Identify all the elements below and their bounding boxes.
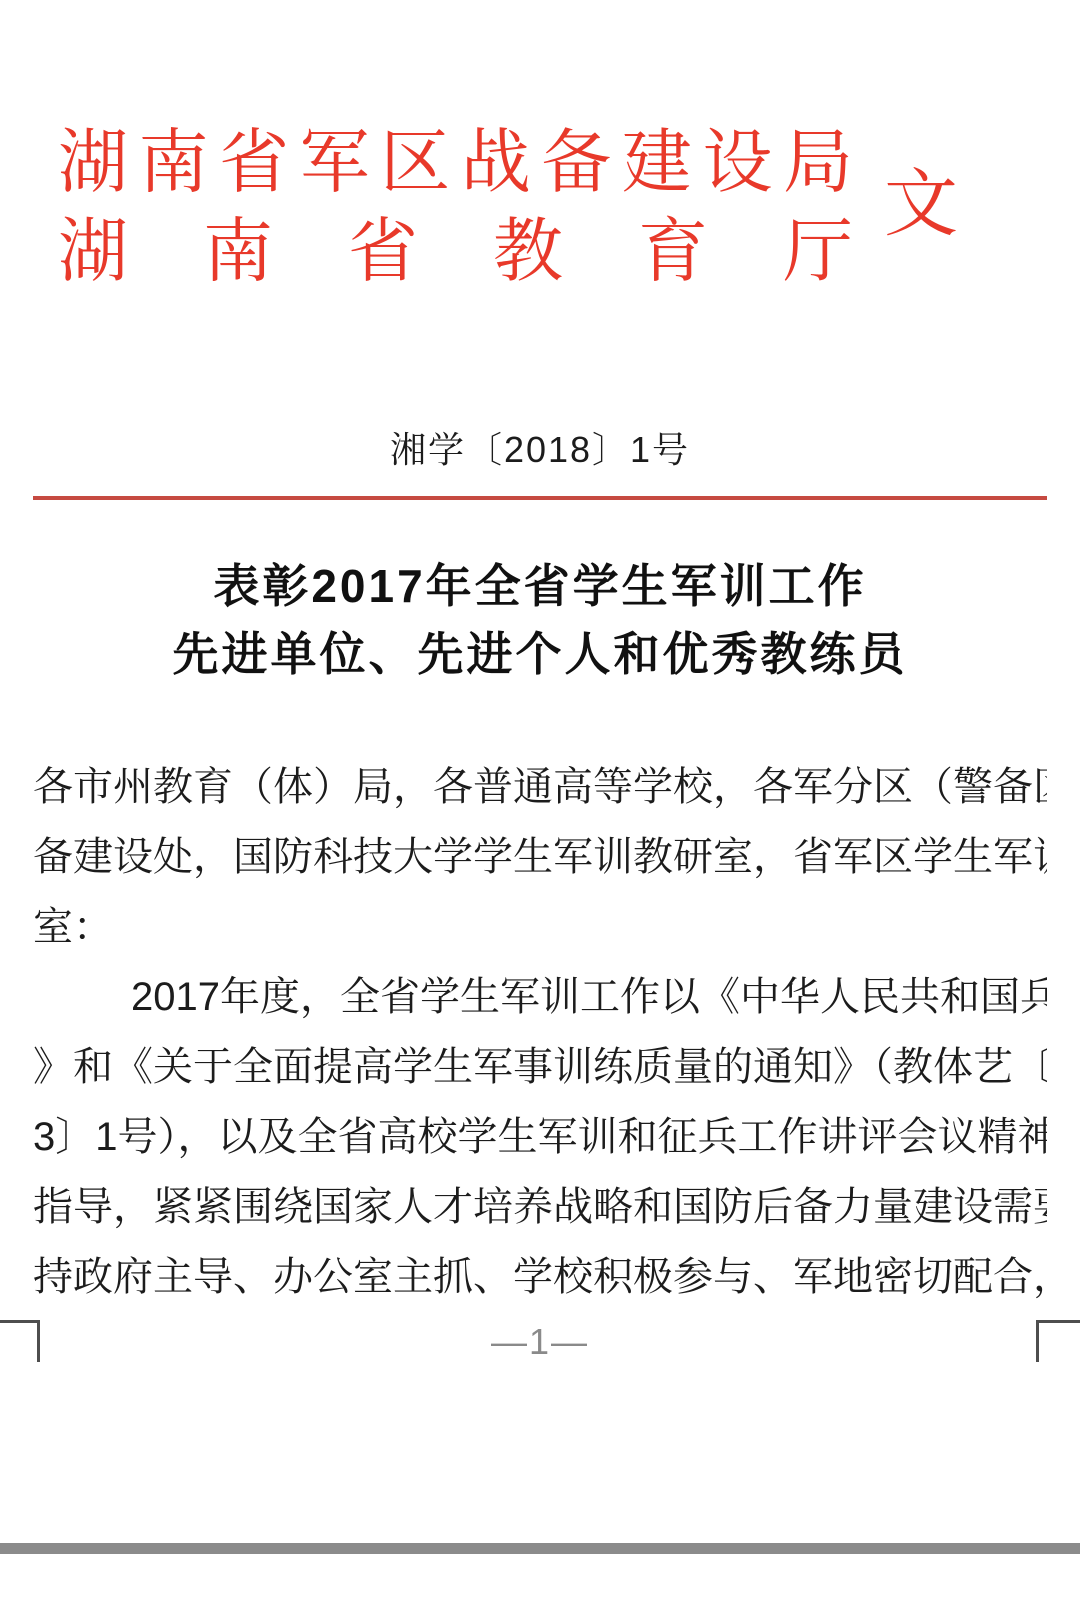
document-number: 湘学〔2018〕1号 [0, 428, 1080, 472]
document-title: 表彰2017年全省学生军训工作 先进单位、先进个人和优秀教练员 [0, 552, 1080, 688]
document-body: 各市州教育（体）局，各普通高等学校，各军分区（警备区）战 备建设处，国防科技大学… [33, 752, 1047, 1312]
page-number: —1— [0, 1320, 1080, 1364]
letterhead: 湖南省军区战备建设局 湖南省教育厅 [58, 118, 853, 296]
title-line-2: 先进单位、先进个人和优秀教练员 [0, 620, 1080, 688]
body-line: 2017年度，全省学生军训工作以《中华人民共和国兵役法 [33, 962, 1047, 1032]
issuer-line-2: 湖南省教育厅 [58, 207, 853, 296]
body-line: 各市州教育（体）局，各普通高等学校，各军分区（警备区）战 [33, 752, 1047, 822]
issuer-line-1: 湖南省军区战备建设局 [58, 118, 853, 207]
body-line: 3〕1号），以及全省高校学生军训和征兵工作讲评会议精神为 [33, 1102, 1047, 1172]
body-line: 备建设处，国防科技大学学生军训教研室，省军区学生军训教研 [33, 822, 1047, 892]
page-separator-band [0, 1543, 1080, 1554]
red-separator-rule [33, 496, 1047, 500]
body-line: 指导，紧紧围绕国家人才培养战略和国防后备力量建设需要，坚 [33, 1172, 1047, 1242]
body-line: 》和《关于全面提高学生军事训练质量的通知》（教体艺〔201 [33, 1032, 1047, 1102]
title-line-1: 表彰2017年全省学生军训工作 [0, 552, 1080, 620]
body-line: 持政府主导、办公室主抓、学校积极参与、军地密切配合，圆满 [33, 1242, 1047, 1312]
letterhead-wen-mark: 文 [884, 164, 958, 244]
body-line: 室： [33, 892, 1047, 962]
document-page[interactable]: 湖南省军区战备建设局 湖南省教育厅 文 湘学〔2018〕1号 表彰2017年全省… [0, 0, 1080, 1620]
